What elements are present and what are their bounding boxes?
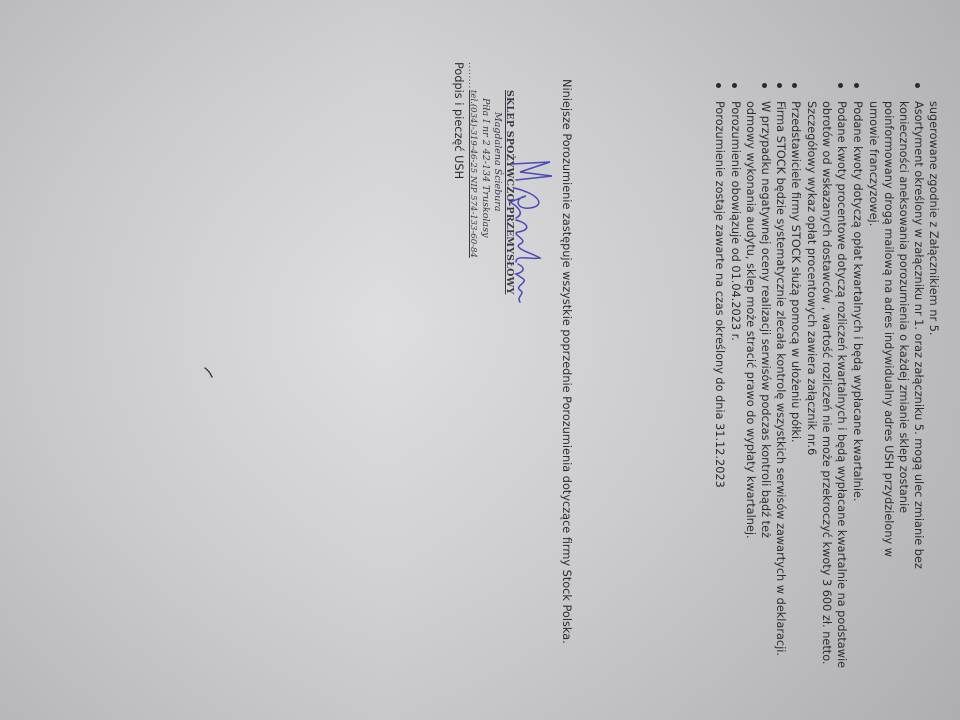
bullet-6-line-1: Porozumienie obowiązuje od 01.04.2023 r. xyxy=(728,101,743,341)
pen-mark xyxy=(201,365,215,385)
bullet-5-line-1: Firma STOCK będzie systematycznie zlecał… xyxy=(773,101,788,656)
bullet-icon xyxy=(762,83,767,88)
bullet-5-line-3: odmowy wykonania audytu, sklep może stra… xyxy=(743,101,758,539)
bullet-icon xyxy=(777,83,782,88)
scanned-page: sugerowane zgodnie z Załącznikiem nr 5. … xyxy=(0,0,960,720)
closing-statement: Niniejsze Porozumienie zastępuje wszystk… xyxy=(559,79,574,644)
signature-label: Podpis i pieczęć USH xyxy=(451,62,466,179)
bullet-5-line-2: W przypadku negatywnej oceny realizacji … xyxy=(758,101,773,538)
intro-line: sugerowane zgodnie z Załącznikiem nr 5. xyxy=(926,101,941,336)
bullet-1-line-1: Asortyment określony w załączniku nr 1. … xyxy=(911,101,926,569)
bullet-1-line-2: konieczności aneksowania porozumienia o … xyxy=(896,101,911,513)
bullet-icon xyxy=(915,83,920,88)
bullet-7-line-1: Porozumienie zostaje zawarte na czas okr… xyxy=(712,101,727,488)
handwritten-signature xyxy=(500,150,560,350)
bullet-3-line-3: Szczegółowy wykaz opłat procentowych zaw… xyxy=(804,101,819,455)
bullet-icon xyxy=(854,83,859,88)
bullet-2-line-1: Podane kwoty dotyczą opłat kwartalnych i… xyxy=(850,101,865,502)
bullet-1-line-4: umowie franczyzowej. xyxy=(866,101,881,226)
bullet-4-line-1: Przedstawiciele firmy STOCK służą pomocą… xyxy=(788,101,803,443)
rotated-document: sugerowane zgodnie z Załącznikiem nr 5. … xyxy=(0,0,960,720)
bullet-icon xyxy=(792,83,797,88)
bullet-1-line-3: poinformowany drogą mailową na adres ind… xyxy=(881,101,896,557)
bullet-icon xyxy=(838,83,843,88)
stamp-address: Piła I nr 2 42-134 Truskolasy xyxy=(479,90,491,294)
bullet-icon xyxy=(732,83,737,88)
bullet-3-line-1: Podane kwoty procentowe dotyczą rozlicze… xyxy=(834,101,849,668)
bullet-icon xyxy=(716,83,721,88)
bullet-3-line-2: obrotów od wskazanych dostawców , wartoś… xyxy=(819,101,834,665)
